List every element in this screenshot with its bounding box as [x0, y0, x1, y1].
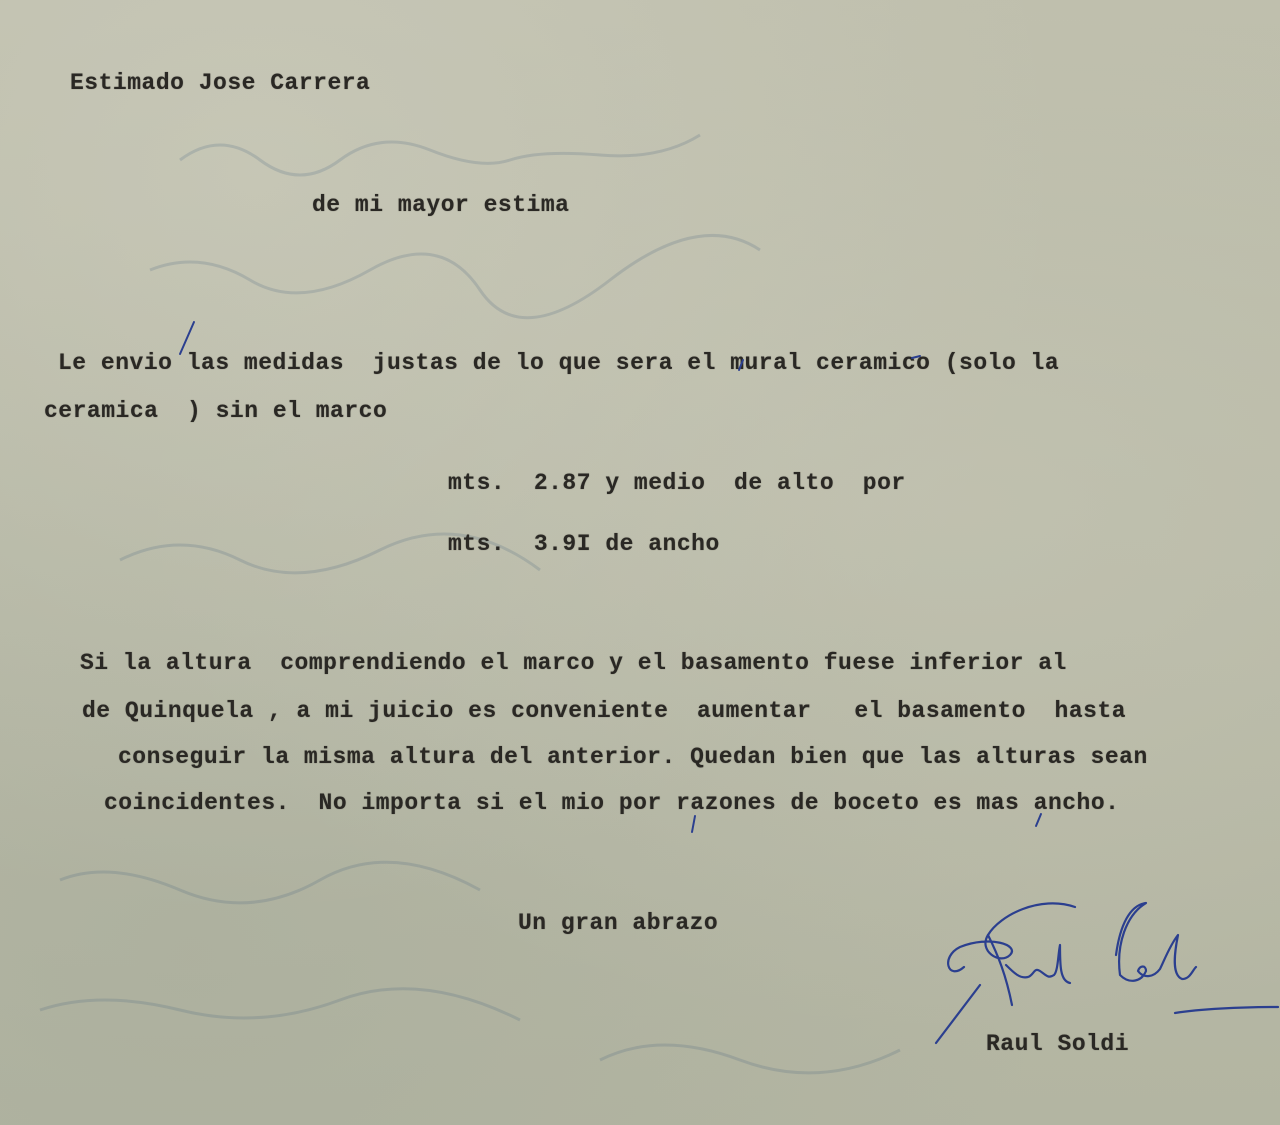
- letter-page: Estimado Jose Carrera de mi mayor estima…: [0, 0, 1280, 1125]
- bleed-through-handwriting: [0, 0, 1280, 1125]
- handwritten-signature: Raul Soldi: [920, 895, 1280, 1045]
- salutation: Estimado Jose Carrera: [70, 70, 370, 96]
- measurement-height: mts. 2.87 y medio de alto por: [448, 470, 906, 496]
- paragraph2-line1: Si la altura comprendiendo el marco y el…: [80, 650, 1067, 676]
- measurement-width: mts. 3.9I de ancho: [448, 531, 720, 557]
- closing: Un gran abrazo: [518, 910, 718, 936]
- pen-accent-marks: [0, 0, 1280, 1125]
- paragraph2-line4: coincidentes. No importa si el mio por r…: [104, 790, 1119, 816]
- paragraph2-line3: conseguir la misma altura del anterior. …: [118, 744, 1148, 770]
- paragraph1-line2: ceramica ) sin el marco: [44, 398, 387, 424]
- paragraph1-line1: Le envio las medidas justas de lo que se…: [58, 350, 1059, 376]
- typed-signature: Raul Soldi: [986, 1031, 1129, 1057]
- greeting: de mi mayor estima: [312, 192, 569, 218]
- paragraph2-line2: de Quinquela , a mi juicio es convenient…: [82, 698, 1126, 724]
